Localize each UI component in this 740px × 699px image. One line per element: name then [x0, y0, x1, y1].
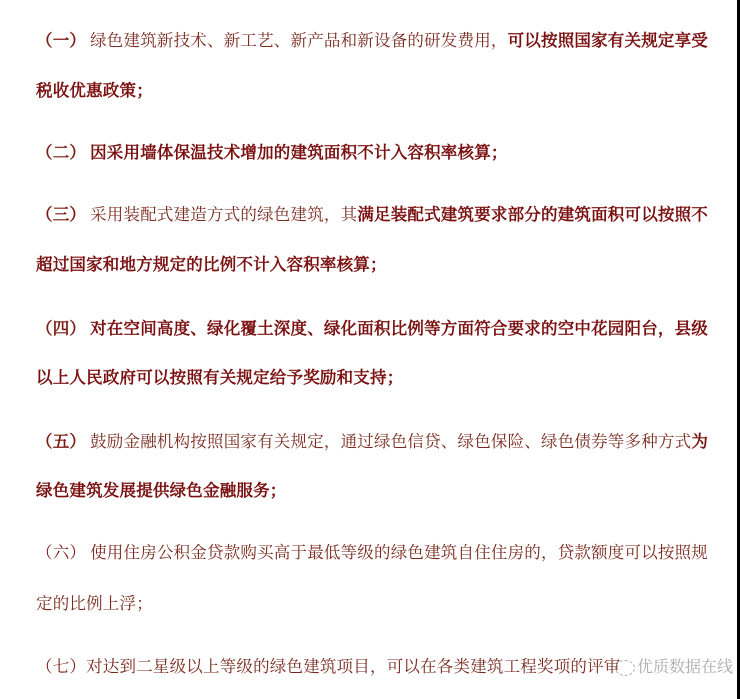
item-6-number: （六） — [36, 543, 86, 562]
item-4-emphasis: 对在空间高度、绿化覆土深度、绿化面积比例等方面符合要求的空中花园阳台，县级 — [90, 319, 708, 338]
item-6-line-1: （六）使用住房公积金贷款购买高于最低等级的绿色建筑自住住房的，贷款额度可以按照规 — [36, 542, 708, 564]
item-2-emphasis: 因采用墙体保温技术增加的建筑面积不计入容积率核算； — [90, 143, 508, 162]
document-page: （一）绿色建筑新技术、新工艺、新产品和新设备的研发费用，可以按照国家有关规定享受… — [0, 0, 737, 699]
item-5-emphasis: 为 — [691, 432, 708, 451]
item-6-line-2: 定的比例上浮； — [36, 593, 153, 615]
item-5-number: （五） — [36, 432, 86, 451]
item-1-line-1: （一）绿色建筑新技术、新工艺、新产品和新设备的研发费用，可以按照国家有关规定享受 — [36, 30, 708, 52]
watermark-text: 优质数据在线 — [637, 657, 733, 676]
item-1-text: 绿色建筑新技术、新工艺、新产品和新设备的研发费用， — [90, 31, 508, 50]
item-5-continuation: 绿色建筑发展提供绿色金融服务； — [36, 481, 287, 500]
item-1-line-2: 税收优惠政策； — [36, 80, 153, 102]
item-1-emphasis: 可以按照国家有关规定享受 — [508, 31, 708, 50]
item-3-line-1: （三）采用装配式建造方式的绿色建筑，其满足装配式建筑要求部分的建筑面积可以按照不 — [36, 204, 708, 226]
item-3-line-2: 超过国家和地方规定的比例不计入容积率核算； — [36, 254, 387, 276]
item-1-continuation: 税收优惠政策； — [36, 81, 153, 100]
item-4-number: （四） — [36, 319, 86, 338]
item-6-text: 使用住房公积金贷款购买高于最低等级的绿色建筑自住住房的，贷款额度可以按照规 — [90, 543, 708, 562]
item-4-line-1: （四）对在空间高度、绿化覆土深度、绿化面积比例等方面符合要求的空中花园阳台，县级 — [36, 318, 708, 340]
item-7-line-1: （七）对达到二星级以上等级的绿色建筑项目，可以在各类建筑工程奖项的评审 — [36, 656, 621, 678]
item-3-emphasis: 满足装配式建筑要求部分的建筑面积可以按照不 — [357, 205, 708, 224]
item-5-line-1: （五）鼓励金融机构按照国家有关规定，通过绿色信贷、绿色保险、绿色债券等多种方式为 — [36, 431, 708, 453]
item-5-text: 鼓励金融机构按照国家有关规定，通过绿色信贷、绿色保险、绿色债券等多种方式 — [90, 432, 691, 451]
item-4-line-2: 以上人民政府可以按照有关规定给予奖励和支持； — [36, 367, 403, 389]
item-7-number: （七） — [36, 657, 86, 676]
wechat-icon — [615, 660, 635, 676]
item-5-line-2: 绿色建筑发展提供绿色金融服务； — [36, 480, 287, 502]
watermark: 优质数据在线 — [615, 656, 733, 678]
item-6-continuation: 定的比例上浮； — [36, 594, 153, 613]
item-3-number: （三） — [36, 205, 86, 224]
item-7-text: 对达到二星级以上等级的绿色建筑项目，可以在各类建筑工程奖项的评审 — [86, 657, 620, 676]
item-1-number: （一） — [36, 31, 86, 50]
item-2-line-1: （二）因采用墙体保温技术增加的建筑面积不计入容积率核算； — [36, 142, 508, 164]
item-4-continuation: 以上人民政府可以按照有关规定给予奖励和支持； — [36, 368, 403, 387]
item-2-number: （二） — [36, 143, 86, 162]
item-3-text: 采用装配式建造方式的绿色建筑，其 — [90, 205, 357, 224]
item-3-continuation: 超过国家和地方规定的比例不计入容积率核算； — [36, 255, 387, 274]
